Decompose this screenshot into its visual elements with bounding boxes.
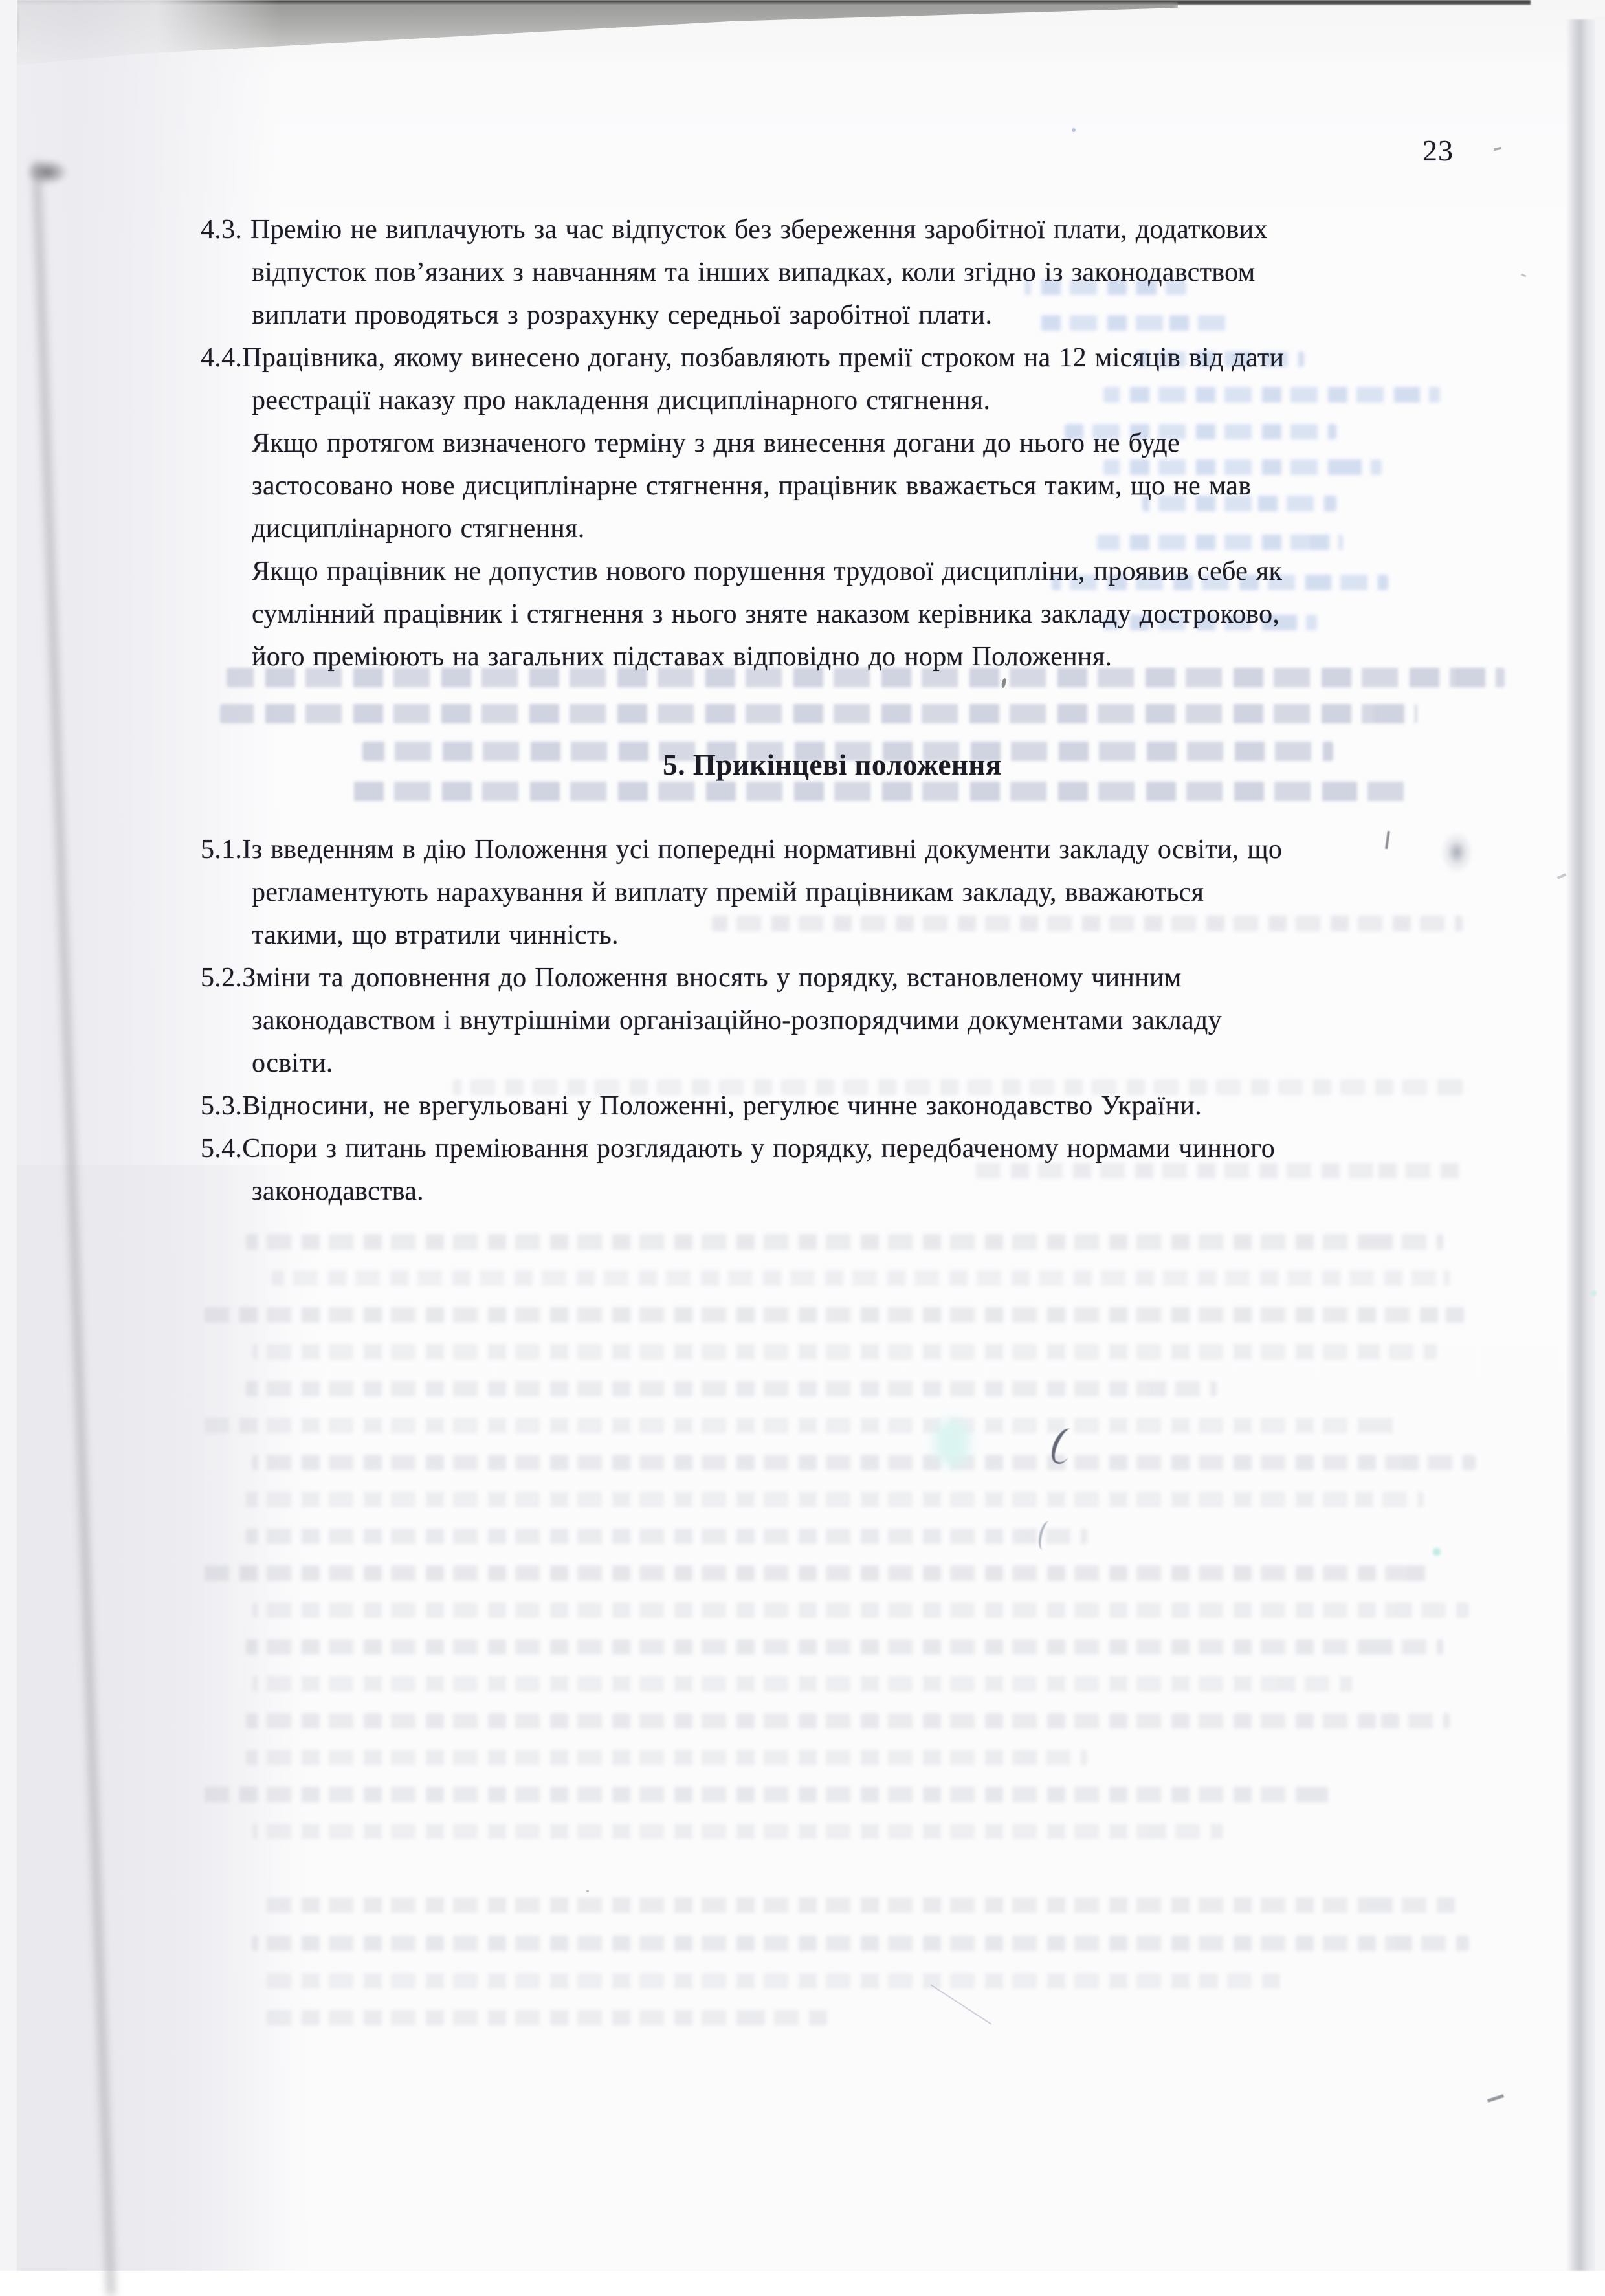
- stray-dash-mark: [1557, 873, 1566, 879]
- doc-line-5-2-3: освіти.: [201, 1042, 1514, 1085]
- doc-line-5-4-1: 5.4.Спори з питань преміювання розглядаю…: [201, 1127, 1514, 1170]
- doc-line-5-3-1: 5.3.Відносини, не врегульовані у Положен…: [201, 1085, 1514, 1127]
- doc-line-5-4-2: законодавства.: [201, 1170, 1514, 1213]
- dust-speck: [1521, 274, 1527, 278]
- scan-top-edge-line: [0, 0, 1531, 5]
- bleedthrough-line: [201, 1418, 1398, 1433]
- bleedthrough-line: [246, 1639, 1443, 1655]
- doc-line-5-2-1: 5.2.Зміни та доповнення до Положення вно…: [201, 956, 1514, 999]
- doc-line-5-1-2: регламентують нарахування й виплату прем…: [201, 871, 1514, 914]
- section-4-paragraphs: 4.3. Премію не виплачують за час відпуст…: [201, 208, 1514, 678]
- bleedthrough-line: [272, 1270, 1450, 1286]
- doc-line-4-4-5: дисциплінарного стягнення.: [201, 507, 1514, 550]
- doc-line-4-4-2: реєстрації наказу про накладення дисципл…: [201, 379, 1514, 422]
- dust-speck: [1072, 128, 1076, 132]
- bleedthrough-line: [246, 1750, 1087, 1765]
- bleedthrough-line: [252, 1344, 1437, 1360]
- page-number: 23: [1422, 133, 1454, 168]
- bleedthrough-line: [259, 1973, 1281, 1989]
- bleedthrough-line: [246, 1713, 1450, 1728]
- doc-line-4-3-1: 4.3. Премію не виплачують за час відпуст…: [201, 208, 1514, 251]
- doc-line-5-1-3: такими, що втратили чинність.: [201, 914, 1514, 956]
- bleedthrough-title-line: [220, 704, 1417, 723]
- doc-line-4-3-3: виплати проводяться з розрахунку середнь…: [201, 294, 1514, 337]
- doc-line-4-3-2: відпусток пов’язаних з навчанням та інши…: [201, 251, 1514, 294]
- bleedthrough-line: [201, 1565, 1430, 1581]
- binding-shadow-line: [34, 162, 114, 2271]
- bleedthrough-line: [252, 1936, 1469, 1951]
- doc-line-4-4-6: Якщо працівник не допустив нового поруше…: [201, 550, 1514, 593]
- section-5-heading: 5. Прикінцеві положення: [30, 748, 1605, 782]
- bleedthrough-line: [252, 1676, 1353, 1692]
- doc-line-4-4-3: Якщо протягом визначеного терміну з дня …: [201, 422, 1514, 465]
- cyan-scan-stain: [1591, 1290, 1597, 1296]
- bleedthrough-title-line: [349, 782, 1411, 801]
- scanned-document-page: 23 4.3. Премію не виплачують за час відп…: [0, 0, 1605, 2271]
- doc-line-4-4-8: його преміюють на загальних підставах ві…: [201, 635, 1514, 678]
- bleedthrough-line: [259, 1897, 1456, 1913]
- underlying-sheet-edge: [1566, 19, 1596, 2271]
- doc-line-4-4-4: застосовано нове дисциплінарне стягнення…: [201, 465, 1514, 507]
- bleedthrough-line: [246, 1529, 1087, 1544]
- scan-smudge: [26, 159, 69, 185]
- scan-top-edge-shadow: [0, 2, 1178, 67]
- bleedthrough-line: [246, 1492, 1424, 1507]
- doc-line-5-1-1: 5.1.Із введенням в дію Положення усі поп…: [201, 828, 1514, 871]
- bleedthrough-line: [201, 1307, 1469, 1323]
- right-page-edge: [1595, 17, 1605, 2271]
- bleedthrough-line: [246, 1234, 1443, 1250]
- cyan-scan-stain: [1433, 1548, 1441, 1556]
- stray-dash-mark: [1487, 2094, 1504, 2103]
- dust-speck: [586, 1890, 589, 1892]
- bleedthrough-line: [201, 1787, 1333, 1802]
- bleedthrough-line: [246, 1381, 1217, 1396]
- scan-corner-mark: [0, 0, 18, 62]
- bleedthrough-line: [252, 1602, 1469, 1618]
- section-5-paragraphs: 5.1.Із введенням в дію Положення усі поп…: [201, 828, 1514, 1213]
- doc-line-5-2-2: законодавством і внутрішніми організацій…: [201, 999, 1514, 1042]
- left-page-edge: [0, 0, 17, 2271]
- doc-line-4-4-7: сумлінний працівник і стягнення з нього …: [201, 593, 1514, 635]
- bleedthrough-line: [252, 1455, 1476, 1470]
- stray-dash-mark: [1494, 147, 1502, 151]
- scratch-mark: [930, 1984, 991, 2025]
- doc-line-4-4-1: 4.4.Працівника, якому винесено догану, п…: [201, 337, 1514, 379]
- bleedthrough-line: [252, 1824, 1223, 1839]
- bleedthrough-line: [259, 2010, 828, 2026]
